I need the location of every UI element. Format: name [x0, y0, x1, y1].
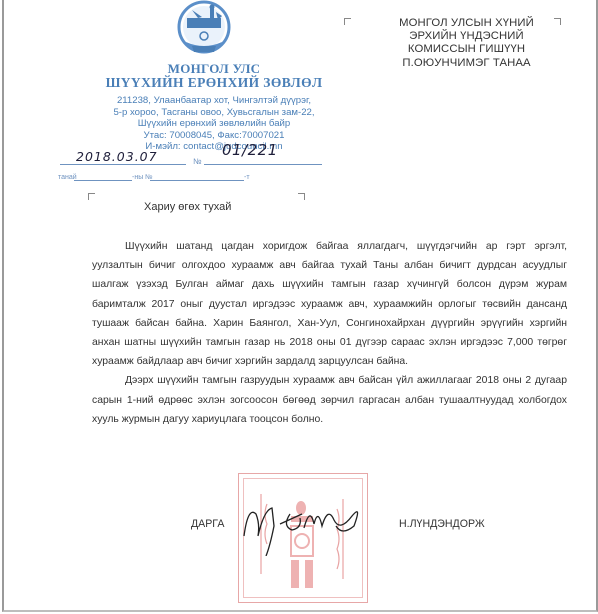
org-address: 211238, Улаанбаатар хот, Чингэлтэй дүүрэ… — [104, 95, 324, 153]
org-name: ШҮҮХИЙН ЕРӨНХИЙ ЗӨВЛӨЛ — [104, 75, 324, 91]
number-label: № — [193, 157, 202, 166]
number-underline — [204, 164, 322, 165]
recipient-block: МОНГОЛ УЛСЫН ХҮНИЙ ЭРХИЙН ҮНДЭСНИЙ КОМИС… — [389, 17, 544, 70]
corner-mark — [298, 193, 305, 200]
letter-body: Шүүхийн шатанд цагдан хоригдож байгаа ял… — [92, 237, 567, 429]
date-underline — [60, 164, 186, 165]
signatory-title: ДАРГА — [191, 518, 224, 530]
recipient-line: МОНГОЛ УЛСЫН ХҮНИЙ — [389, 17, 544, 30]
document-page: МОНГОЛ УЛС ШҮҮХИЙН ЕРӨНХИЙ ЗӨВЛӨЛ 211238… — [2, 0, 598, 612]
corner-mark — [554, 18, 561, 25]
corner-mark — [344, 18, 351, 25]
corner-mark — [88, 193, 95, 200]
letter-subject: Хариу өгөх тухай — [144, 201, 231, 213]
body-paragraph: Шүүхийн шатанд цагдан хоригдож байгаа ял… — [92, 237, 567, 371]
reply-date-underline — [74, 180, 132, 181]
recipient-line: П.ОЮУНЧИМЭГ ТАНАА — [389, 57, 544, 70]
address-line: 211238, Улаанбаатар хот, Чингэлтэй дүүрэ… — [104, 95, 324, 107]
reply-number-underline — [150, 180, 244, 181]
signatory-name: Н.ЛҮНДЭНДОРЖ — [399, 518, 485, 530]
reply-suffix-label: -т — [244, 174, 250, 181]
letter-date: 2018.03.07 — [76, 149, 158, 164]
body-paragraph: Дээрх шүүхийн тамгын газруудын хураамж а… — [92, 371, 567, 429]
recipient-line: КОМИССЫН ГИШҮҮН — [389, 43, 544, 56]
state-emblem-icon — [172, 0, 236, 60]
handwritten-signature-icon — [242, 496, 372, 556]
address-line: 5-р хороо, Тасганы овоо, Хувьсгалын зам-… — [104, 107, 324, 119]
address-line: Утас: 70008045, Факс:70007021 — [104, 130, 324, 142]
recipient-line: ЭРХИЙН ҮНДЭСНИЙ — [389, 30, 544, 43]
letter-number: 01/221 — [222, 141, 278, 159]
address-line: Шүүхийн ерөнхий зөвлөлийн байр — [104, 118, 324, 130]
